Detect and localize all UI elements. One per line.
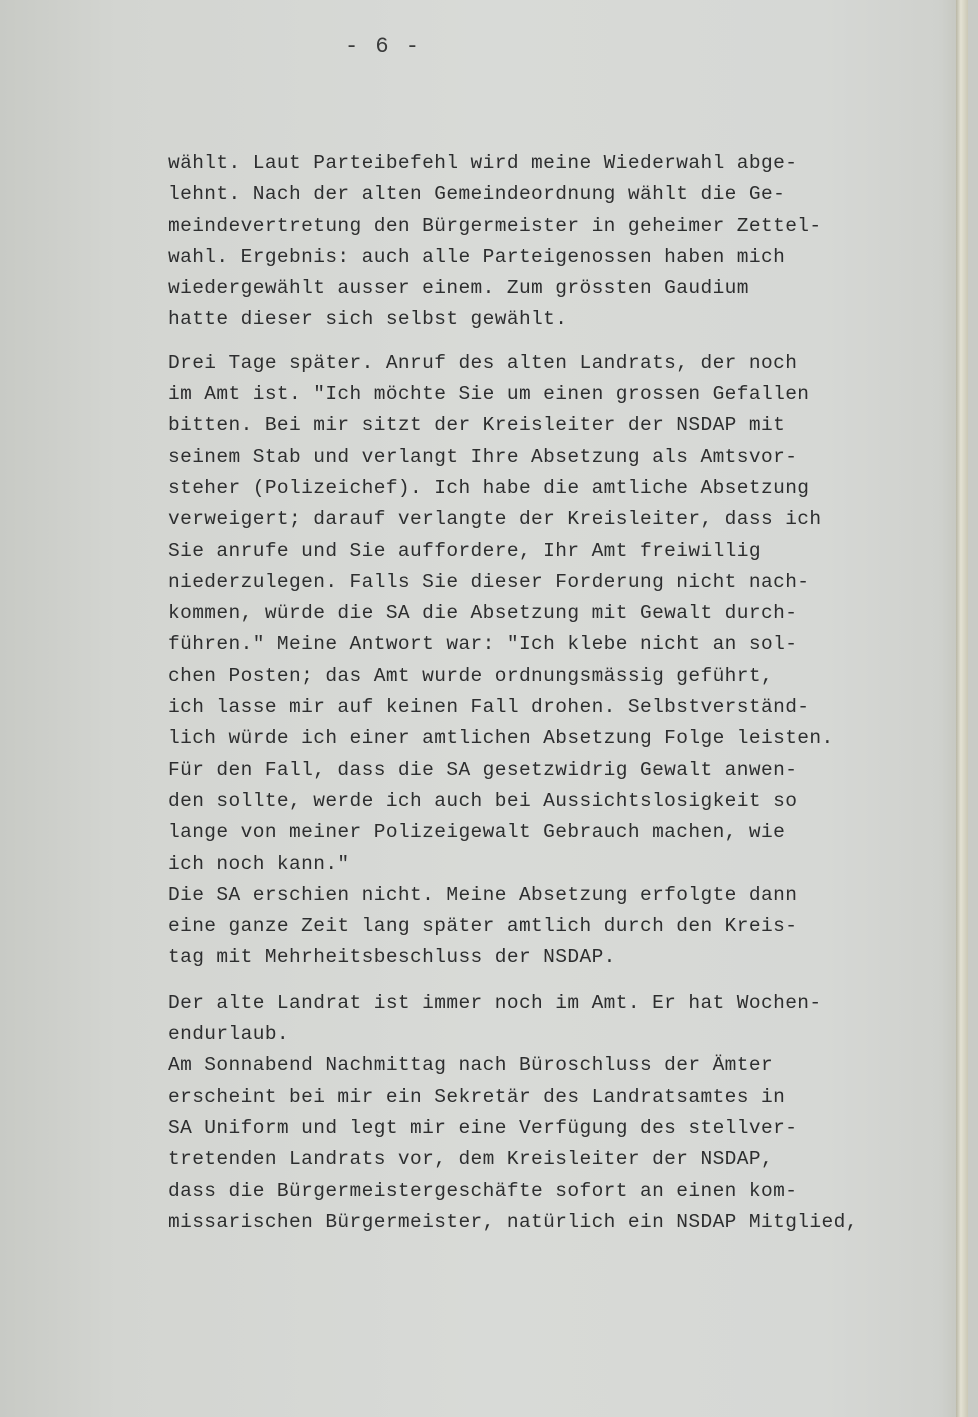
text-line: eine ganze Zeit lang später amtlich durc…: [168, 911, 958, 942]
text-line: lehnt. Nach der alten Gemeindeordnung wä…: [168, 179, 958, 210]
text-line: Am Sonnabend Nachmittag nach Büroschluss…: [168, 1050, 958, 1081]
document-page: - 6 - wählt. Laut Parteibefehl wird mein…: [0, 0, 968, 1417]
text-line: lange von meiner Polizeigewalt Gebrauch …: [168, 817, 958, 848]
page-number: - 6 -: [345, 34, 421, 59]
text-line: ich lasse mir auf keinen Fall drohen. Se…: [168, 692, 958, 723]
text-line: tag mit Mehrheitsbeschluss der NSDAP.: [168, 942, 958, 973]
text-line: dass die Bürgermeistergeschäfte sofort a…: [168, 1176, 958, 1207]
paragraph: Drei Tage später. Anruf des alten Landra…: [168, 348, 958, 880]
text-line: ich noch kann.": [168, 849, 958, 880]
text-line: führen." Meine Antwort war: "Ich klebe n…: [168, 629, 958, 660]
text-line: Für den Fall, dass die SA gesetzwidrig G…: [168, 755, 958, 786]
paragraph: wählt. Laut Parteibefehl wird meine Wied…: [168, 148, 958, 336]
text-line: endurlaub.: [168, 1019, 958, 1050]
text-line: hatte dieser sich selbst gewählt.: [168, 304, 958, 335]
text-line: wählt. Laut Parteibefehl wird meine Wied…: [168, 148, 958, 179]
text-line: erscheint bei mir ein Sekretär des Landr…: [168, 1082, 958, 1113]
text-line: Die SA erschien nicht. Meine Absetzung e…: [168, 880, 958, 911]
text-line: meindevertretung den Bürgermeister in ge…: [168, 211, 958, 242]
text-line: missarischen Bürgermeister, natürlich ei…: [168, 1207, 958, 1238]
text-line: kommen, würde die SA die Absetzung mit G…: [168, 598, 958, 629]
text-line: wiedergewählt ausser einem. Zum grössten…: [168, 273, 958, 304]
text-line: tretenden Landrats vor, dem Kreisleiter …: [168, 1144, 958, 1175]
text-line: chen Posten; das Amt wurde ordnungsmässi…: [168, 661, 958, 692]
text-line: bitten. Bei mir sitzt der Kreisleiter de…: [168, 410, 958, 441]
text-line: Sie anrufe und Sie auffordere, Ihr Amt f…: [168, 536, 958, 567]
paragraph: Die SA erschien nicht. Meine Absetzung e…: [168, 880, 958, 974]
text-line: im Amt ist. "Ich möchte Sie um einen gro…: [168, 379, 958, 410]
text-line: SA Uniform und legt mir eine Verfügung d…: [168, 1113, 958, 1144]
text-line: verweigert; darauf verlangte der Kreisle…: [168, 504, 958, 535]
text-line: den sollte, werde ich auch bei Aussichts…: [168, 786, 958, 817]
text-line: Drei Tage später. Anruf des alten Landra…: [168, 348, 958, 379]
page-edge: [956, 0, 968, 1417]
text-line: niederzulegen. Falls Sie dieser Forderun…: [168, 567, 958, 598]
text-line: seinem Stab und verlangt Ihre Absetzung …: [168, 442, 958, 473]
text-line: steher (Polizeichef). Ich habe die amtli…: [168, 473, 958, 504]
text-line: wahl. Ergebnis: auch alle Parteigenossen…: [168, 242, 958, 273]
text-line: Der alte Landrat ist immer noch im Amt. …: [168, 988, 958, 1019]
text-line: lich würde ich einer amtlichen Absetzung…: [168, 723, 958, 754]
paragraph: Der alte Landrat ist immer noch im Amt. …: [168, 988, 958, 1238]
typewritten-body: wählt. Laut Parteibefehl wird meine Wied…: [168, 148, 958, 1250]
